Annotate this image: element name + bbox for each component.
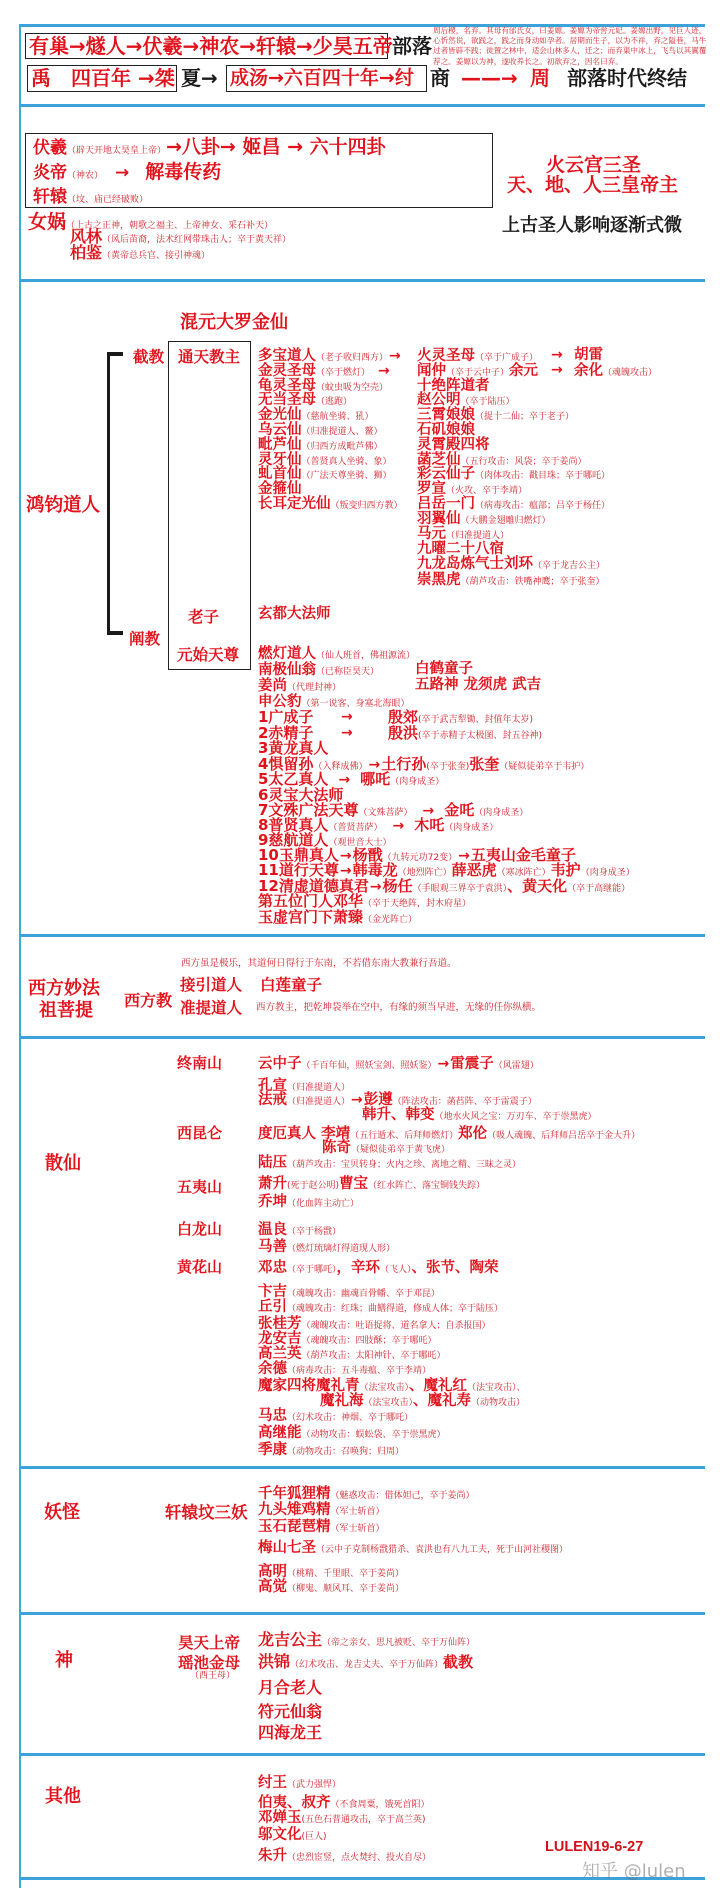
left-border [19, 24, 21, 1888]
character-note: （卒于杨戬） [287, 1227, 341, 1237]
character-note: (卒于武吉犁锄、封值年太岁) [418, 715, 533, 725]
character-name: 殷洪 [388, 724, 418, 742]
character-note: (五色石普通攻击，卒于高兰英) [302, 1815, 426, 1825]
character-row: 高觉（柳鬼、顺风耳、卒于姜尚） [258, 1578, 404, 1594]
character-name: 余元 [509, 363, 538, 379]
dynasty-chain-text: 有巢→燧人→伏羲→神农→轩辕→少昊五帝 [29, 34, 393, 58]
character-row: 马元（归准提道人） [417, 525, 509, 541]
character-row: 余德（病毒攻击：五斗毒瘟、卒于李靖） [258, 1360, 431, 1376]
character-row: 九头雉鸡精（军士斩首） [258, 1501, 385, 1517]
character-name: 陆压 [258, 1155, 287, 1171]
west-label-line2: 祖菩提 [39, 996, 93, 1022]
character-row: 九龙岛炼气士刘环（卒于龙吉公主） [417, 555, 605, 571]
character-name: 炎帝 [33, 163, 67, 183]
character-note: （叛变归西方教） [331, 501, 403, 511]
yaoguai-label: 妖怪 [44, 1498, 80, 1524]
character-row: 马忠（幻术攻击：神烟、卒于哪吒） [258, 1407, 413, 1423]
character-row: 陈奇（疑似徒弟卒于黄飞虎） [322, 1139, 450, 1155]
character-name: 薛恶虎 [452, 861, 497, 879]
ruler-alias: （西王母） [190, 1668, 235, 1681]
character-row: 彩云仙子（肉体攻击：戳目珠；卒于哪吒） [417, 465, 610, 481]
character-name: 魔礼寿 [428, 1393, 472, 1409]
character-name: 邓忠 [258, 1260, 287, 1276]
character-note: （肉身成圣） [444, 823, 498, 833]
west-quote: 西方虽是极乐，其道何日得行于东南，不若借东南大教兼行吾道。 [181, 955, 457, 969]
note-line: 周后稷，名弃。其母有邰氏女，曰姜嫄。姜嫄为帝喾元妃。姜嫄出野，见巨人迹， [433, 26, 706, 36]
sect-tag: 截教 [443, 1653, 473, 1671]
character-name: 、张节、陶荣 [412, 1260, 499, 1276]
character-note: （葫芦攻击：宝贝转身；火内之珍、离地之精、三昧之灵） [287, 1160, 521, 1170]
character-note: （魅惑攻击：借体妲己，卒于姜尚） [331, 1491, 475, 1501]
character-row: 申公豹（第一说客、身塞北海眼） [258, 693, 410, 709]
character-note: （忠烈宦竖，点火焚纣、投火自尽） [287, 1853, 431, 1863]
character-note: （幻术攻击：神烟、卒于哪吒） [287, 1413, 413, 1423]
character-note: （葫芦攻击：铁嘴神鹰；卒于张奎） [461, 577, 605, 587]
character-name: 张奎 [469, 755, 499, 773]
ruler-label: 昊天上帝 [178, 1631, 240, 1653]
character-row: 火灵圣母（卒于广成子） [417, 347, 538, 363]
zhihu-watermark: 知乎 @lulen [582, 1857, 686, 1883]
character-row: 乌云仙（归准提道人、鳌） [258, 421, 383, 437]
character-note: （广法天尊坐骑、狮） [302, 471, 392, 481]
character-row: 梅山七圣（云中子克制杨戬猎杀、袁洪也有八九工夫，死于山河社稷图） [258, 1539, 568, 1555]
character-row: 长耳定光仙（叛变归西方教） [258, 495, 403, 511]
character-row: 三霄娘娘（捉十二仙；卒于老子） [417, 406, 574, 422]
character-note: （动物攻击：召唤狗；归周） [287, 1447, 404, 1457]
character-name: 邓婵玉 [258, 1810, 302, 1826]
character-note: （魂魄攻击：红珠；曲鳝得道，修成人体；卒于陆压） [287, 1304, 503, 1314]
character-note: （云中子克制杨戬猎杀、袁洪也有八九工夫，死于山河社稷图） [316, 1545, 568, 1555]
character-row: 季康（动物攻击：召唤狗；归周） [258, 1441, 404, 1457]
character-name: 女娲 [28, 211, 66, 233]
character-name: 纣王 [258, 1775, 287, 1791]
character-row: 月合老人 [258, 1680, 322, 1696]
mountain-label: 五夷山 [177, 1179, 222, 1195]
character-name: 马善 [258, 1239, 287, 1255]
section-divider [20, 1753, 705, 1756]
character-name: 白鹤童子 [415, 661, 473, 677]
character-row: 金灵圣母（卒于燃灯）→ [258, 362, 391, 378]
character-note: (死于赵公明) [287, 1181, 339, 1191]
character-row: 接引道人 [180, 977, 242, 993]
character-row: 燃灯道人（仙人班首，佛祖源流） [258, 645, 415, 661]
character-row: 邓婵玉(五色石普通攻击，卒于高兰英) [258, 1809, 426, 1825]
character-name: 余德 [258, 1361, 287, 1377]
character-note: （飞人） [380, 1265, 412, 1275]
character-note: （红水阵亡、落宝铜钱失踪） [368, 1181, 485, 1191]
character-note: （仙人班首，佛祖源流） [316, 651, 415, 661]
character-name: 长耳定光仙 [258, 496, 331, 512]
character-row: 乔坤（化血阵主动亡） [258, 1193, 359, 1209]
character-row: 吕岳一门（病毒攻击：瘟部；吕卒于杨任） [417, 495, 610, 511]
character-row: 洪锦（幻术攻击、龙吉丈夫、卒于万仙阵）截教 [258, 1654, 473, 1670]
character-note: （病毒攻击：五斗毒瘟、卒于李靖） [287, 1366, 431, 1376]
mountain-label: 白龙山 [177, 1221, 222, 1237]
character-note: （肉身成圣） [390, 777, 444, 787]
character-row: 罗宣（火攻、卒于李靖） [417, 480, 527, 496]
character-name: 符元仙翁 [258, 1702, 322, 1721]
character-row: 马善（燃灯琉璃灯得道现人形） [258, 1238, 395, 1254]
character-name: 云中子 [258, 1056, 302, 1072]
character-name: 玉虚宫门下萧臻 [258, 908, 363, 926]
character-row: 高明（桃精、千里眼、卒于姜尚） [258, 1563, 404, 1579]
author-signature: LULEN19-6-27 [545, 1839, 643, 1855]
character-note: （捉十二仙；卒于老子） [475, 412, 574, 422]
character-row: 纣王（武力强悍） [258, 1774, 341, 1790]
hongjun-label: 鸿钧道人 [26, 491, 100, 517]
character-note: （千百年仙，照妖宝剑、照妖鉴） [302, 1061, 437, 1071]
section-divider [20, 1612, 705, 1615]
character-note: （辟天开地太昊皇上帝） [67, 146, 166, 156]
bracket-tick [107, 631, 123, 635]
rank-title: 混元大罗金仙 [180, 308, 288, 334]
zhou-origin-note: 周后稷，名弃。其母有邰氏女，曰姜嫄。姜嫄为帝喾元妃。姜嫄出野，见巨人迹， 心忻然… [433, 26, 706, 67]
character-name: 接引道人 [180, 976, 242, 994]
character-name: 余化 [574, 363, 603, 379]
separator-text: ， [337, 1260, 352, 1276]
xia-label: 夏→ [181, 66, 218, 90]
section-divider [20, 934, 705, 937]
character-row: 伯夷、叔齐（不食周粟，饿死首阳） [258, 1794, 430, 1810]
arrow-icon: → [551, 362, 563, 378]
west-quote: 西方教主，把乾坤袋举在空中，有缘的须当早进，无缘的任你纵横。 [256, 1000, 541, 1016]
separator-text: 、 [507, 877, 522, 895]
character-row: 虬首仙（广法天尊坐骑、狮） [258, 465, 392, 481]
character-row: 法戒（归准提道人）→彭遵（阵法攻击：菡萏阵、卒于雷震子） [258, 1091, 537, 1107]
character-row: 轩辕（坟、庙已经破败） [33, 186, 148, 211]
character-row: 四海龙王 [258, 1725, 322, 1741]
character-row: 柏鉴（黄帝总兵官、接引神魂） [70, 244, 210, 265]
character-row: 金箍仙 [258, 480, 302, 496]
character-note: （归准提道人） [287, 1097, 350, 1107]
character-note: （军士斩首） [331, 1507, 385, 1517]
character-note: （武力强悍） [287, 1780, 341, 1790]
character-name: 高觉 [258, 1579, 287, 1595]
character-row: 赵公明（卒于陆压） [417, 391, 515, 407]
character-name: 马忠 [258, 1408, 287, 1424]
character-name: 柏鉴 [70, 243, 102, 262]
character-name: 邬文化 [258, 1827, 302, 1843]
character-note: （风雷翅） [494, 1061, 539, 1071]
character-row: 殷郊(卒于武吉犁锄、封值年太岁) [388, 709, 533, 725]
character-name: 九龙岛炼气士刘环 [417, 556, 533, 572]
character-name: 五路神 龙须虎 武吉 [415, 677, 541, 693]
fengshen-genealogy-chart: 有巢→燧人→伏羲→神农→轩辕→少昊五帝 部落 周后稷，名弃。其母有邰氏女，曰姜嫄… [0, 0, 720, 1899]
character-name: 轩辕 [33, 187, 67, 207]
character-name: 燃灯道人 [258, 646, 316, 662]
character-name: 温良 [258, 1222, 287, 1238]
note-line: 过者皆辟不践；徙置之林中，适会山林多人，迁之；而弃渠中冰上，飞鸟以其翼覆 [433, 46, 706, 56]
shang-label: 商 [430, 66, 450, 90]
character-row: 玉虚宫门下萧臻（金光阵亡） [258, 909, 417, 925]
character-row: 灵霄殿四将 [417, 436, 490, 452]
character-row: 5太乙真人→哪吒（肉身成圣） [258, 771, 444, 787]
character-row: 魔家四将魔礼青（法宝攻击）、魔礼红（法宝攻击）、 [258, 1377, 526, 1393]
character-name: 四海龙王 [258, 1723, 322, 1742]
character-row: 龙吉公主（帝之亲女、思凡被贬、卒于万仙阵） [258, 1632, 475, 1648]
shang-chain-text: 成汤→六百四十年→纣 [230, 66, 414, 90]
character-name: 玄都大法师 [258, 606, 331, 622]
mountain-label: 西昆仑 [177, 1125, 222, 1141]
character-note: （化血阵主动亡） [287, 1199, 359, 1209]
character-name: 高继能 [258, 1425, 302, 1441]
chanjiao-label: 阐教 [129, 627, 160, 649]
character-note: （军士斩首） [331, 1524, 385, 1534]
huoyun-subtitle: 天、地、人三皇帝主 [507, 170, 678, 197]
character-note: （柳鬼、顺风耳、卒于姜尚） [287, 1584, 404, 1594]
character-note: （疑似徒弟卒于韦护） [499, 762, 589, 772]
character-name: 伏羲 [33, 138, 67, 158]
character-note: （代理封神） [287, 683, 341, 693]
arrow-icon: → [341, 725, 353, 741]
character-note: （已称臣昊天） [316, 667, 379, 677]
character-row: 温良（卒于杨戬） [258, 1221, 341, 1237]
character-row: 余化（魂魄攻击） [574, 362, 657, 378]
mountain-label: 黄花山 [177, 1259, 222, 1275]
separator-text: 、 [413, 1393, 428, 1409]
character-name: 准提道人 [180, 999, 242, 1017]
character-note: （吸人魂魄、后拜师吕岳卒于金大升） [487, 1131, 640, 1141]
bracket-tick [107, 352, 123, 356]
character-name: 黄天化 [522, 877, 567, 895]
character-row: 南极仙翁（已称臣昊天） [258, 661, 379, 677]
character-name: 梅山七圣 [258, 1540, 316, 1556]
character-note: （魂魄攻击） [603, 368, 657, 378]
arrow-icon: → [115, 163, 129, 183]
character-row: 金光仙（慈航坐骑、犼） [258, 406, 374, 422]
yuanshi-label: 元始天尊 [177, 643, 239, 665]
character-row: 玉石琵琶精（军士斩首） [258, 1518, 385, 1534]
west-sect-label: 西方教 [124, 988, 172, 1011]
character-name: 韩升、韩变 [362, 1107, 435, 1123]
character-row: 3黄龙真人 [258, 740, 328, 756]
character-note: （动物攻击） [471, 1398, 525, 1408]
character-name: 白莲童子 [260, 977, 322, 993]
character-name: 曹宝 [339, 1176, 368, 1192]
note-line: 心忻然说，欲践之，践之而身动如孕者。居期而生子，以为不祥，弃之隘巷，马牛 [433, 36, 706, 46]
group-label: 轩辕坟三妖 [165, 1499, 248, 1523]
character-note: （帝之亲女、思凡被贬、卒于万仙阵） [322, 1638, 475, 1648]
character-name: 洪锦 [258, 1652, 290, 1671]
character-row: 韩升、韩变（地水火风之宝：万刃车、卒于崇黑虎） [362, 1106, 597, 1122]
character-row: 石矶娘娘 [417, 421, 475, 437]
character-name: 季康 [258, 1442, 287, 1458]
character-row: 闻仲（卒于云中子）余元 [417, 362, 538, 378]
character-note: （卒于天绝阵，封木府星） [363, 899, 471, 909]
character-name: 龙吉公主 [258, 1630, 322, 1649]
summary-text: 上古圣人影响逐渐式微 [502, 211, 682, 237]
tongtian-label: 通天教主 [178, 345, 240, 367]
character-name: 崇黑虎 [417, 572, 461, 588]
character-note: （卒于哪吒） [287, 1265, 337, 1275]
character-row: 符元仙翁 [258, 1704, 322, 1720]
character-name: 朱升 [258, 1848, 287, 1864]
bracket-line [107, 353, 110, 634]
character-row: 高继能（动物攻击：蜈蚣袋、卒于崇黑虎） [258, 1424, 446, 1440]
character-row: 丘引（魂魄攻击：红珠；曲鳝得道，修成人体；卒于陆压） [258, 1298, 503, 1314]
character-note: （燃灯琉璃灯得道现人形） [287, 1244, 395, 1254]
character-name: 法戒 [258, 1092, 287, 1108]
character-name: 南极仙翁 [258, 662, 316, 678]
character-row: 邬文化(巨人) [258, 1826, 327, 1842]
character-row: 11道行天尊→韩毒龙（地烈阵亡）薛恶虎（寒冰阵亡）韦护（肉身成圣） [258, 862, 635, 878]
character-name: 1广成子 [258, 709, 313, 725]
arrow-icon: → [392, 818, 404, 834]
tribe-label: 部落 [392, 34, 432, 58]
character-note: （动物攻击：蜈蚣袋、卒于崇黑虎） [302, 1430, 446, 1440]
laozi-label: 老子 [188, 605, 219, 627]
character-note: （金光阵亡） [363, 915, 417, 925]
character-row: 龙安吉（魂魄攻击：四肢酥；卒于哪吒） [258, 1330, 437, 1346]
character-row: 云中子（千百年仙，照妖宝剑、照妖鉴）→雷震子（风雷翅） [258, 1055, 539, 1071]
character-row: 多宝道人（老子收归西方）→ [258, 347, 402, 363]
character-name: 辛环 [351, 1260, 380, 1276]
character-row: 魔礼海（法宝攻击）、魔礼寿（动物攻击） [320, 1392, 525, 1408]
character-note: （卒于龙吉公主） [533, 561, 605, 571]
other-label: 其他 [45, 1782, 81, 1808]
xia-chain-text: 禹 四百年 →桀 [31, 66, 175, 90]
character-row: 炎帝（神农）→解毒传药 [33, 161, 221, 187]
character-name: 玉石琵琶精 [258, 1519, 331, 1535]
character-note: （卒于高继能） [567, 884, 630, 894]
character-name: 哪吒 [360, 770, 390, 788]
character-row: 准提道人 [180, 1000, 242, 1016]
lineage-chain: →八卦→ 姬昌 → 六十四卦 [166, 136, 386, 158]
character-note: (巨人) [302, 1832, 327, 1842]
section-divider [20, 1466, 705, 1469]
character-row: 卞吉（魂魄攻击：幽魂百骨幡、卒于邓昆） [258, 1283, 440, 1299]
character-row: 邓忠（卒于哪吒），辛环（飞人）、张节、陶荣 [258, 1259, 499, 1275]
section-divider [20, 1036, 705, 1039]
zhou-label: 周 [530, 66, 550, 90]
character-row: 第五位门人邓华（卒于天绝阵，封木府星） [258, 893, 471, 909]
shen-label: 神 [55, 1646, 73, 1672]
arrow-icon: → [389, 348, 401, 364]
character-note: （坟、庙已经破败） [67, 195, 148, 205]
mountain-label: 终南山 [177, 1055, 222, 1071]
section-divider [20, 104, 705, 107]
character-name: 千年狐狸精 [258, 1486, 331, 1502]
character-row: 朱升（忠烈宦竖，点火焚纣、投火自尽） [258, 1847, 431, 1863]
character-name: 萧升 [258, 1176, 287, 1192]
character-note: （黄帝总兵官、接引神魂） [102, 251, 210, 261]
character-row: 无当圣母（逃跑） [258, 391, 352, 407]
character-row: 伏羲（辟天开地太昊皇上帝）→八卦→ 姬昌 → 六十四卦 [33, 136, 386, 162]
era-end-label: 部落时代终结 [567, 66, 687, 90]
character-row: 萧升(死于赵公明)曹宝（红水阵亡、落宝铜钱失踪） [258, 1175, 485, 1191]
character-note: (卒于赤精子太极图、封五谷神) [418, 731, 542, 741]
character-name: 月合老人 [258, 1678, 322, 1697]
section-divider [20, 279, 705, 282]
character-name: 度厄真人 [258, 1126, 316, 1142]
character-note: （神农） [67, 171, 103, 181]
character-note: （幻术攻击、龙吉丈夫、卒于万仙阵） [290, 1660, 443, 1670]
arrow-icon: → [551, 347, 563, 363]
arrow-icon: → [438, 1056, 450, 1072]
character-name: 姜尚 [258, 678, 287, 694]
sanxian-label: 散仙 [45, 1149, 81, 1175]
character-note: （肉身成圣） [581, 868, 635, 878]
character-name: 木吒 [414, 816, 444, 834]
arrow-icon: → [351, 1092, 363, 1108]
character-name: 胡雷 [574, 347, 603, 363]
character-note: （地水火风之宝：万刃车、卒于崇黑虎） [435, 1112, 597, 1122]
character-row: 羽翼仙（大鹏金翅雕归燃灯） [417, 510, 551, 526]
character-row: 姜尚（代理封神） [258, 677, 341, 693]
character-row: 千年狐狸精（魅惑攻击：借体妲己，卒于姜尚） [258, 1485, 475, 1501]
character-row: 陆压（葫芦攻击：宝贝转身；火内之珍、离地之精、三昧之灵） [258, 1154, 521, 1170]
character-row: 高兰英（葫芦攻击：太阳神针、卒于哪吒） [258, 1345, 446, 1361]
character-name: 乔坤 [258, 1194, 287, 1210]
character-name: 雷震子 [450, 1056, 494, 1072]
jiejiao-label: 截教 [133, 345, 164, 367]
character-name: 郑伦 [458, 1126, 487, 1142]
long-arrow-icon: ——→ [461, 66, 518, 90]
character-name: 九头雉鸡精 [258, 1502, 331, 1518]
character-row: 崇黑虎（葫芦攻击：铁嘴神鹰；卒于张奎） [417, 571, 605, 587]
arrow-icon: → [341, 709, 353, 725]
character-row: 九曜二十八宿 [417, 540, 504, 556]
achievement: 解毒传药 [145, 161, 221, 183]
character-row: 张桂芳（魂魄攻击：吐语捉将、道名拿人；自杀报国） [258, 1315, 491, 1331]
character-row: 殷洪(卒于赤精子太极图、封五谷神) [388, 725, 542, 741]
character-row: 毗芦仙（归西方成毗芦佛） [258, 436, 383, 452]
character-name: 丘引 [258, 1299, 287, 1315]
